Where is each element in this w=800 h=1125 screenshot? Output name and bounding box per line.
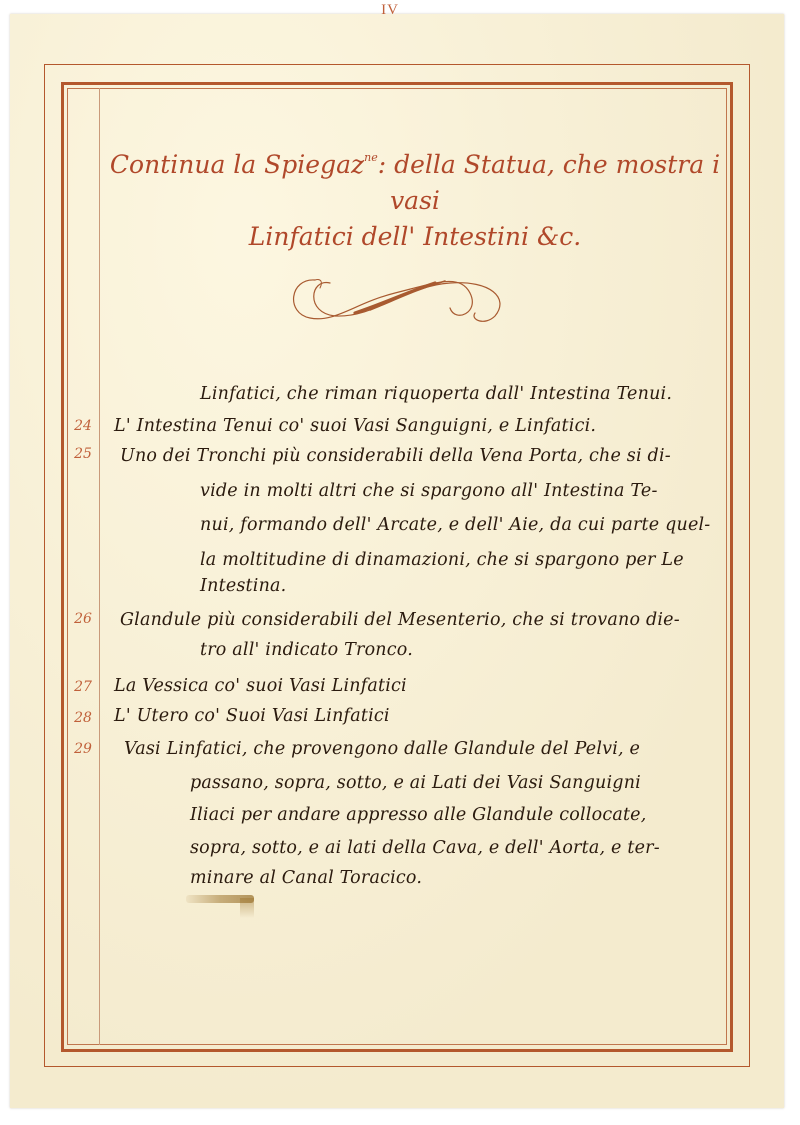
- title-line-2: Linfatici dell' Intestini &c.: [100, 219, 730, 255]
- entry-number: 25: [70, 446, 96, 462]
- entry-line: Uno dei Tronchi più considerabili della …: [120, 446, 671, 466]
- entry-line: L' Intestina Tenui co' suoi Vasi Sanguig…: [114, 416, 596, 436]
- entry-line: vide in molti altri che si spargono all'…: [200, 481, 658, 501]
- calligraphic-flourish-ornament: [285, 268, 515, 328]
- entry-line: Linfatici, che riman riquoperta dall' In…: [200, 384, 672, 404]
- entry-number: 28: [70, 710, 96, 726]
- ink-stain-drip: [240, 898, 254, 918]
- page-number: IV: [360, 2, 420, 19]
- entry-line: La Vessica co' suoi Vasi Linfatici: [114, 676, 407, 696]
- entry-number: 26: [70, 611, 96, 627]
- title-line-1: Continua la Spiegazne: della Statua, che…: [100, 140, 730, 219]
- page-title: Continua la Spiegazne: della Statua, che…: [100, 140, 730, 255]
- entry-line: Iliaci per andare appresso alle Glandule…: [190, 805, 647, 825]
- entry-line: la moltitudine di dinamazioni, che si sp…: [200, 550, 684, 570]
- entry-line: Vasi Linfatici, che provengono dalle Gla…: [124, 739, 640, 759]
- entry-line: sopra, sotto, e ai lati della Cava, e de…: [190, 838, 660, 858]
- entry-number: 27: [70, 679, 96, 695]
- entry-line: Intestina.: [200, 576, 286, 596]
- entry-line: nui, formando dell' Arcate, e dell' Aie,…: [200, 515, 710, 535]
- entry-number: 29: [70, 741, 96, 757]
- entry-line: tro all' indicato Tronco.: [200, 640, 413, 660]
- entry-line: passano, sopra, sotto, e ai Lati dei Vas…: [190, 773, 641, 793]
- entry-number: 24: [70, 418, 96, 434]
- entry-line: minare al Canal Toracico.: [190, 868, 422, 888]
- entry-line: L' Utero co' Suoi Vasi Linfatici: [114, 706, 390, 726]
- entry-line: Glandule più considerabili del Mesenteri…: [120, 610, 680, 630]
